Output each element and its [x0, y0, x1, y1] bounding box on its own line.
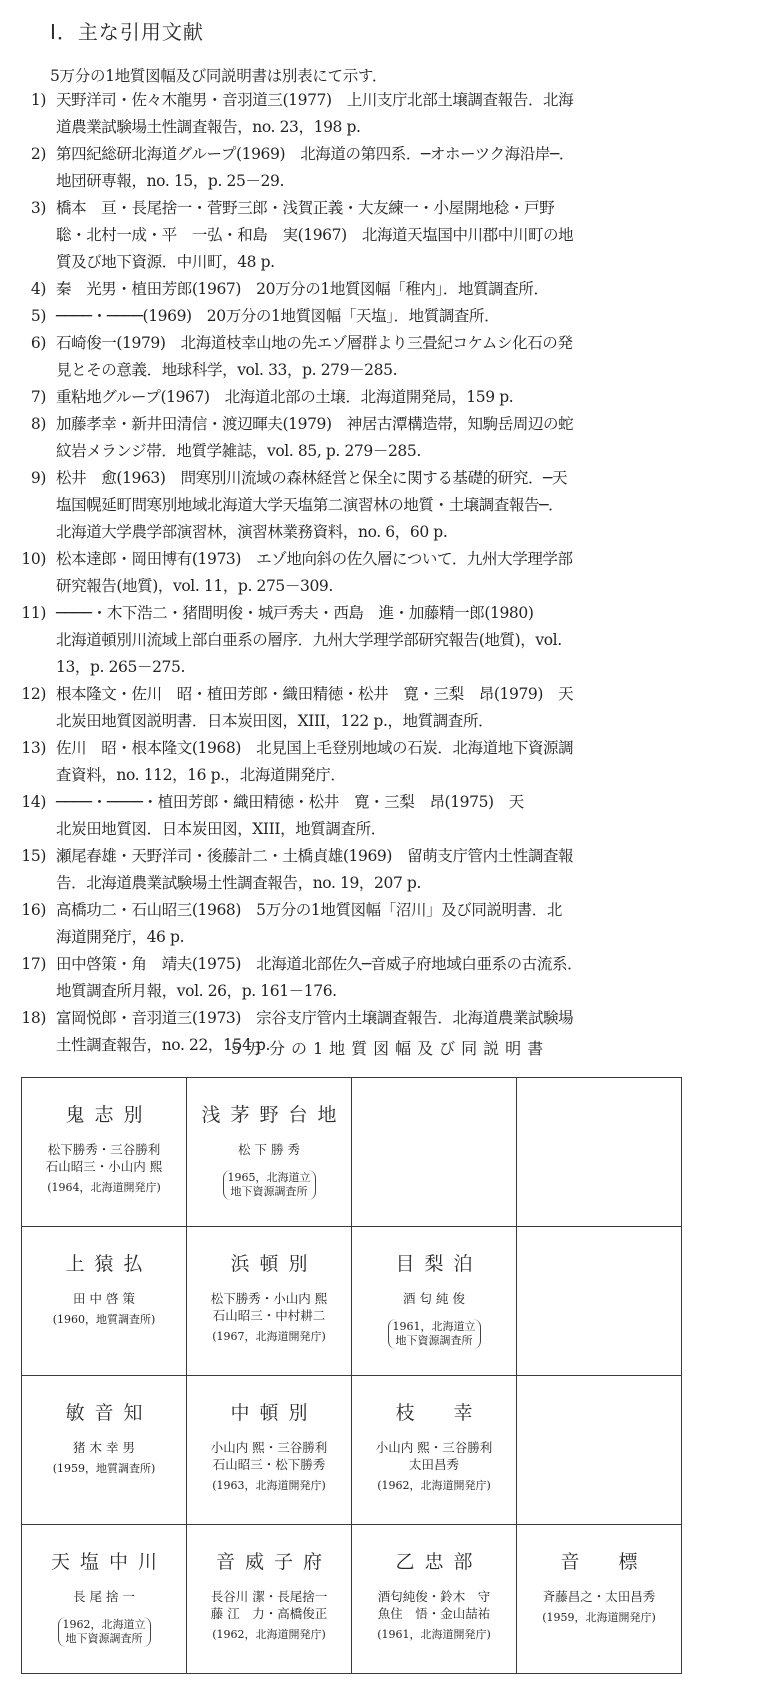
empty-cell [352, 1078, 517, 1227]
reference-item: 7)重粘地グループ(1967) 北海道北部の土壌．北海道開発局，159 p. [14, 384, 754, 411]
reference-number: 1) [14, 87, 56, 141]
reference-line: 天野洋司・佐々木龍男・音羽道三(1977) 上川支庁北部土壌調査報告．北海 [56, 87, 734, 114]
map-sheet-cell: 天塩中川長 尾 捨 一1962，北海道立 地下資源調査所 [22, 1525, 187, 1674]
map-sheet-authors: 斉藤昌之・太田昌秀 [517, 1588, 681, 1605]
reference-item: 4)秦 光男・植田芳郎(1967) 20万分の1地質図幅「稚内」．地質調査所． [14, 276, 754, 303]
reference-line: 研究報告(地質)，vol. 11，p. 275－309. [56, 573, 734, 600]
reference-text: 石崎俊一(1979) 北海道枝幸山地の先エゾ層群より三畳紀コケムシ化石の発見とそ… [56, 330, 754, 384]
reference-text: 瀬尾春雄・天野洋司・後藤計二・土橋貞雄(1969) 留萌支庁管内土性調査報告．北… [56, 843, 754, 897]
reference-text: ────・木下浩二・猪間明俊・城戸秀夫・西島 進・加藤精一郎(1980)北海道頓… [56, 600, 754, 681]
reference-number: 5) [14, 303, 56, 330]
reference-text: 重粘地グループ(1967) 北海道北部の土壌．北海道開発局，159 p. [56, 384, 754, 411]
map-sheet-name: 浅茅野台地 [187, 1100, 351, 1127]
reference-line: 13，p. 265－275. [56, 654, 734, 681]
map-sheet-publication: 1962，北海道立 地下資源調査所 [58, 1617, 151, 1647]
reference-line: 松本達郎・岡田博有(1973) エゾ地向斜の佐久層について．九州大学理学部 [56, 546, 734, 573]
map-sheet-cell: 中頓別小山内 熙・三谷勝利 石山昭三・松下勝秀(1963，北海道開発庁) [187, 1376, 352, 1525]
map-sheet-publication: (1964，北海道開発庁) [22, 1181, 186, 1195]
reference-text: 田中啓策・角 靖夫(1975) 北海道北部佐久─音威子府地域白亜系の古流系．地質… [56, 951, 754, 1005]
map-sheet-cell: 音 標斉藤昌之・太田昌秀(1959，北海道開発庁) [517, 1525, 682, 1674]
reference-line: 北海道大学農学部演習林，演習林業務資料，no. 6，60 p. [56, 519, 734, 546]
reference-item: 3)橋本 亘・長尾捨一・菅野三郎・浅賀正義・大友練一・小屋開地稔・戸野聡・北村一… [14, 195, 754, 276]
map-sheet-cell: 浜頓別松下勝秀・小山内 熙 石山昭三・中村耕二(1967，北海道開発庁) [187, 1227, 352, 1376]
section-title: I．主な引用文献 [50, 16, 204, 45]
reference-text: 橋本 亘・長尾捨一・菅野三郎・浅賀正義・大友練一・小屋開地稔・戸野聡・北村一成・… [56, 195, 754, 276]
map-sheet-table: 鬼志別松下勝秀・三谷勝利 石山昭三・小山内 熙(1964，北海道開発庁)浅茅野台… [21, 1077, 682, 1674]
map-sheet-publication: (1961，北海道開発庁) [352, 1628, 516, 1642]
map-sheet-cell: 枝 幸小山内 熙・三谷勝利 太田昌秀 (1962，北海道開発庁) [352, 1376, 517, 1525]
map-table-row: 敏音知猪 木 幸 男(1959，地質調査所)中頓別小山内 熙・三谷勝利 石山昭三… [22, 1376, 682, 1525]
map-sheet-authors: 小山内 熙・三谷勝利 太田昌秀 [352, 1439, 516, 1473]
reference-item: 14)────・────・植田芳郎・織田精徳・松井 寛・三梨 昂(1975) 天… [14, 789, 754, 843]
map-sheet-authors: 長谷川 潔・長尾捨一 藤 江 力・高橋俊正 [187, 1588, 351, 1622]
reference-line: 松井 愈(1963) 問寒別川流域の森林経営と保全に関する基礎的研究．─天 [56, 465, 734, 492]
map-sheet-cell: 上猿払田 中 啓 策(1960，地質調査所) [22, 1227, 187, 1376]
map-sheet-name: 天塩中川 [22, 1547, 186, 1574]
map-sheet-authors: 松 下 勝 秀 [187, 1141, 351, 1158]
reference-line: 地質調査所月報，vol. 26，p. 161－176. [56, 978, 734, 1005]
reference-line: 塩国幌延町問寒別地域北海道大学天塩第二演習林の地質・土壌調査報告─． [56, 492, 734, 519]
map-sheet-cell: 敏音知猪 木 幸 男(1959，地質調査所) [22, 1376, 187, 1525]
reference-line: 質及び地下資源．中川町，48 p. [56, 249, 734, 276]
reference-line: 海道開発庁，46 p. [56, 924, 734, 951]
reference-line: 告．北海道農業試験場土性調査報告，no. 19，207 p. [56, 870, 734, 897]
reference-item: 5)────・────(1969) 20万分の1地質図幅「天塩」．地質調査所． [14, 303, 754, 330]
reference-number: 10) [14, 546, 56, 600]
map-sheet-authors: 酒 匂 純 俊 [352, 1290, 516, 1307]
reference-line: 地団研専報，no. 15，p. 25－29. [56, 168, 734, 195]
reference-number: 8) [14, 411, 56, 465]
map-sheet-publication: (1967，北海道開発庁) [187, 1330, 351, 1344]
reference-line: ────・────・植田芳郎・織田精徳・松井 寛・三梨 昂(1975) 天 [56, 789, 734, 816]
reference-item: 17)田中啓策・角 靖夫(1975) 北海道北部佐久─音威子府地域白亜系の古流系… [14, 951, 754, 1005]
reference-line: ────・木下浩二・猪間明俊・城戸秀夫・西島 進・加藤精一郎(1980) [56, 600, 734, 627]
map-sheet-name: 浜頓別 [187, 1249, 351, 1276]
reference-item: 8)加藤孝幸・新井田清信・渡辺暉夫(1979) 神居古潭構造帯，知駒岳周辺の蛇紋… [14, 411, 754, 465]
map-sheet-authors: 小山内 熙・三谷勝利 石山昭三・松下勝秀 [187, 1439, 351, 1473]
reference-line: 北海道頓別川流域上部白亜系の層序．九州大学理学部研究報告(地質)，vol. [56, 627, 734, 654]
reference-number: 4) [14, 276, 56, 303]
reference-line: 道農業試験場土性調査報告，no. 23，198 p. [56, 114, 734, 141]
reference-line: 石崎俊一(1979) 北海道枝幸山地の先エゾ層群より三畳紀コケムシ化石の発 [56, 330, 734, 357]
reference-number: 7) [14, 384, 56, 411]
map-sheet-name: 中頓別 [187, 1398, 351, 1425]
reference-text: 佐川 昭・根本隆文(1968) 北見国上毛登別地域の石炭．北海道地下資源調査資料… [56, 735, 754, 789]
reference-line: 高橋功二・石山昭三(1968) 5万分の1地質図幅「沼川」及び同説明書．北 [56, 897, 734, 924]
map-table-row: 鬼志別松下勝秀・三谷勝利 石山昭三・小山内 熙(1964，北海道開発庁)浅茅野台… [22, 1078, 682, 1227]
map-sheet-authors: 松下勝秀・三谷勝利 石山昭三・小山内 熙 [22, 1141, 186, 1175]
map-sheet-publication: (1959，地質調査所) [22, 1462, 186, 1476]
reference-item: 1)天野洋司・佐々木龍男・音羽道三(1977) 上川支庁北部土壌調査報告．北海道… [14, 87, 754, 141]
reference-item: 13)佐川 昭・根本隆文(1968) 北見国上毛登別地域の石炭．北海道地下資源調… [14, 735, 754, 789]
map-sheet-authors: 松下勝秀・小山内 熙 石山昭三・中村耕二 [187, 1290, 351, 1324]
reference-line: 瀬尾春雄・天野洋司・後藤計二・土橋貞雄(1969) 留萌支庁管内土性調査報 [56, 843, 734, 870]
reference-line: 北炭田地質図．日本炭田図，XIII，地質調査所． [56, 816, 734, 843]
reference-item: 9)松井 愈(1963) 問寒別川流域の森林経営と保全に関する基礎的研究．─天塩… [14, 465, 754, 546]
reference-line: 第四紀総研北海道グループ(1969) 北海道の第四系．─オホーツク海沿岸─． [56, 141, 734, 168]
map-sheet-authors: 長 尾 捨 一 [22, 1588, 186, 1605]
reference-text: 加藤孝幸・新井田清信・渡辺暉夫(1979) 神居古潭構造帯，知駒岳周辺の蛇紋岩メ… [56, 411, 754, 465]
reference-number: 6) [14, 330, 56, 384]
reference-line: 見とその意義．地球科学，vol. 33，p. 279－285. [56, 357, 734, 384]
reference-list: 1)天野洋司・佐々木龍男・音羽道三(1977) 上川支庁北部土壌調査報告．北海道… [14, 87, 754, 1059]
map-sheet-publication: (1959，北海道開発庁) [517, 1611, 681, 1625]
map-sheet-cell: 浅茅野台地松 下 勝 秀1965，北海道立 地下資源調査所 [187, 1078, 352, 1227]
map-sheet-name: 上猿払 [22, 1249, 186, 1276]
reference-line: 加藤孝幸・新井田清信・渡辺暉夫(1979) 神居古潭構造帯，知駒岳周辺の蛇 [56, 411, 734, 438]
map-sheet-name: 音 標 [517, 1547, 681, 1574]
reference-line: 橋本 亘・長尾捨一・菅野三郎・浅賀正義・大友練一・小屋開地稔・戸野 [56, 195, 734, 222]
map-sheet-cell: 乙忠部酒匂純俊・鈴木 守 魚住 悟・金山喆祐(1961，北海道開発庁) [352, 1525, 517, 1674]
reference-line: 査資料，no. 112，16 p.，北海道開発庁． [56, 762, 734, 789]
reference-line: 聡・北村一成・平 一弘・和島 実(1967) 北海道天塩国中川郡中川町の地 [56, 222, 734, 249]
reference-line: 秦 光男・植田芳郎(1967) 20万分の1地質図幅「稚内」．地質調査所． [56, 276, 734, 303]
intro-note: 5万分の1地質図幅及び同説明書は別表にて示す． [50, 64, 387, 86]
map-sheet-cell: 鬼志別松下勝秀・三谷勝利 石山昭三・小山内 熙(1964，北海道開発庁) [22, 1078, 187, 1227]
reference-text: ────・────・植田芳郎・織田精徳・松井 寛・三梨 昂(1975) 天北炭田… [56, 789, 754, 843]
reference-text: ────・────(1969) 20万分の1地質図幅「天塩」．地質調査所． [56, 303, 754, 330]
reference-item: 2)第四紀総研北海道グループ(1969) 北海道の第四系．─オホーツク海沿岸─．… [14, 141, 754, 195]
reference-number: 11) [14, 600, 56, 681]
map-sheet-cell: 音威子府長谷川 潔・長尾捨一 藤 江 力・高橋俊正(1962，北海道開発庁) [187, 1525, 352, 1674]
reference-line: 紋岩メランジ帯．地質学雑誌，vol. 85, p. 279－285. [56, 438, 734, 465]
map-sheet-publication: (1963，北海道開発庁) [187, 1479, 351, 1493]
reference-item: 16)高橋功二・石山昭三(1968) 5万分の1地質図幅「沼川」及び同説明書．北… [14, 897, 754, 951]
reference-line: 根本隆文・佐川 昭・植田芳郎・織田精徳・松井 寛・三梨 昂(1979) 天 [56, 681, 734, 708]
map-table-row: 上猿払田 中 啓 策(1960，地質調査所)浜頓別松下勝秀・小山内 熙 石山昭三… [22, 1227, 682, 1376]
reference-item: 12)根本隆文・佐川 昭・植田芳郎・織田精徳・松井 寛・三梨 昂(1979) 天… [14, 681, 754, 735]
reference-text: 高橋功二・石山昭三(1968) 5万分の1地質図幅「沼川」及び同説明書．北海道開… [56, 897, 754, 951]
map-sheet-name: 目梨泊 [352, 1249, 516, 1276]
map-sheet-authors: 田 中 啓 策 [22, 1290, 186, 1307]
map-sheet-publication: 1961，北海道立 地下資源調査所 [388, 1319, 481, 1349]
empty-cell [517, 1227, 682, 1376]
map-sheet-name: 乙忠部 [352, 1547, 516, 1574]
map-table-row: 天塩中川長 尾 捨 一1962，北海道立 地下資源調査所音威子府長谷川 潔・長尾… [22, 1525, 682, 1674]
reference-line: 北炭田地質図説明書．日本炭田図，XIII，122 p.，地質調査所． [56, 708, 734, 735]
reference-number: 15) [14, 843, 56, 897]
reference-text: 秦 光男・植田芳郎(1967) 20万分の1地質図幅「稚内」．地質調査所． [56, 276, 754, 303]
map-sheet-publication: (1962，北海道開発庁) [187, 1628, 351, 1642]
reference-line: 佐川 昭・根本隆文(1968) 北見国上毛登別地域の石炭．北海道地下資源調 [56, 735, 734, 762]
map-sheet-name: 敏音知 [22, 1398, 186, 1425]
map-sheet-publication: (1960，地質調査所) [22, 1313, 186, 1327]
map-sheet-name: 音威子府 [187, 1547, 351, 1574]
reference-item: 6)石崎俊一(1979) 北海道枝幸山地の先エゾ層群より三畳紀コケムシ化石の発見… [14, 330, 754, 384]
map-sheet-cell: 目梨泊酒 匂 純 俊1961，北海道立 地下資源調査所 [352, 1227, 517, 1376]
map-sheet-name: 鬼志別 [22, 1100, 186, 1127]
reference-line: 重粘地グループ(1967) 北海道北部の土壌．北海道開発局，159 p. [56, 384, 734, 411]
reference-text: 根本隆文・佐川 昭・植田芳郎・織田精徳・松井 寛・三梨 昂(1979) 天北炭田… [56, 681, 754, 735]
map-sheet-authors: 猪 木 幸 男 [22, 1439, 186, 1456]
map-sheet-name: 枝 幸 [352, 1398, 516, 1425]
reference-number: 16) [14, 897, 56, 951]
reference-line: 富岡悦郎・音羽道三(1973) 宗谷支庁管内土壌調査報告．北海道農業試験場 [56, 1005, 734, 1032]
reference-number: 9) [14, 465, 56, 546]
reference-number: 14) [14, 789, 56, 843]
reference-item: 15)瀬尾春雄・天野洋司・後藤計二・土橋貞雄(1969) 留萌支庁管内土性調査報… [14, 843, 754, 897]
reference-text: 松本達郎・岡田博有(1973) エゾ地向斜の佐久層について．九州大学理学部研究報… [56, 546, 754, 600]
reference-number: 3) [14, 195, 56, 276]
map-sheet-publication: 1965，北海道立 地下資源調査所 [223, 1170, 316, 1200]
reference-item: 11)────・木下浩二・猪間明俊・城戸秀夫・西島 進・加藤精一郎(1980)北… [14, 600, 754, 681]
empty-cell [517, 1078, 682, 1227]
reference-number: 2) [14, 141, 56, 195]
reference-item: 10)松本達郎・岡田博有(1973) エゾ地向斜の佐久層について．九州大学理学部… [14, 546, 754, 600]
reference-number: 12) [14, 681, 56, 735]
empty-cell [517, 1376, 682, 1525]
map-sheet-authors: 酒匂純俊・鈴木 守 魚住 悟・金山喆祐 [352, 1588, 516, 1622]
map-table-title: 5万分の1地質図幅及び同説明書 [0, 1036, 768, 1059]
reference-number: 17) [14, 951, 56, 1005]
map-sheet-publication: (1962，北海道開発庁) [352, 1479, 516, 1493]
reference-number: 13) [14, 735, 56, 789]
reference-line: 田中啓策・角 靖夫(1975) 北海道北部佐久─音威子府地域白亜系の古流系． [56, 951, 734, 978]
reference-text: 天野洋司・佐々木龍男・音羽道三(1977) 上川支庁北部土壌調査報告．北海道農業… [56, 87, 754, 141]
reference-line: ────・────(1969) 20万分の1地質図幅「天塩」．地質調査所． [56, 303, 734, 330]
reference-text: 松井 愈(1963) 問寒別川流域の森林経営と保全に関する基礎的研究．─天塩国幌… [56, 465, 754, 546]
reference-text: 第四紀総研北海道グループ(1969) 北海道の第四系．─オホーツク海沿岸─．地団… [56, 141, 754, 195]
